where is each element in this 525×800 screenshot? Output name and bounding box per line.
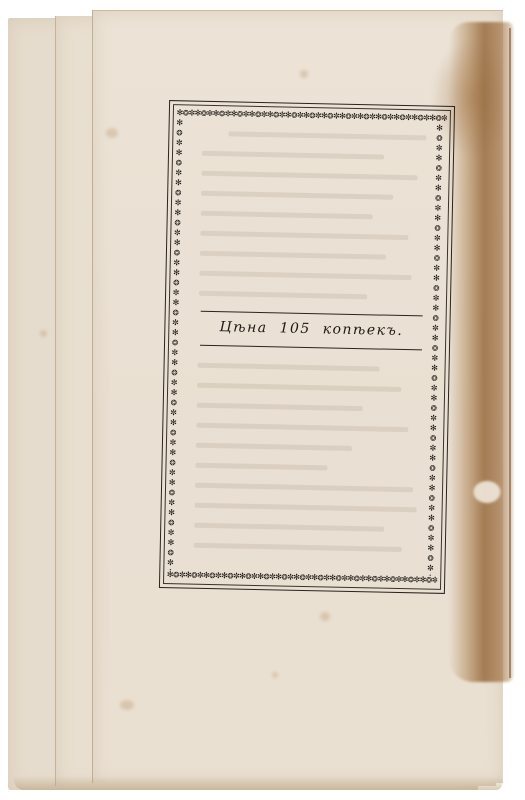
page-edge-line [509,28,511,678]
foxing-spot [272,672,278,678]
foxing-spot [320,612,330,621]
foxing-spot [300,70,308,78]
ornamental-price-frame: ✻❂✼✻❂✼✻❂✼✻❂✼✻❂✼✻❂✼✻❂✼✻❂✼✻❂✼✻❂✼✻❂✼✻❂✼✻❂✼✻… [159,100,455,594]
water-stain-right-edge [449,22,513,682]
foxing-spot [120,700,134,710]
foxing-spot [40,330,47,337]
torn-bottom-edge [14,776,502,790]
foxing-spot [106,128,118,138]
